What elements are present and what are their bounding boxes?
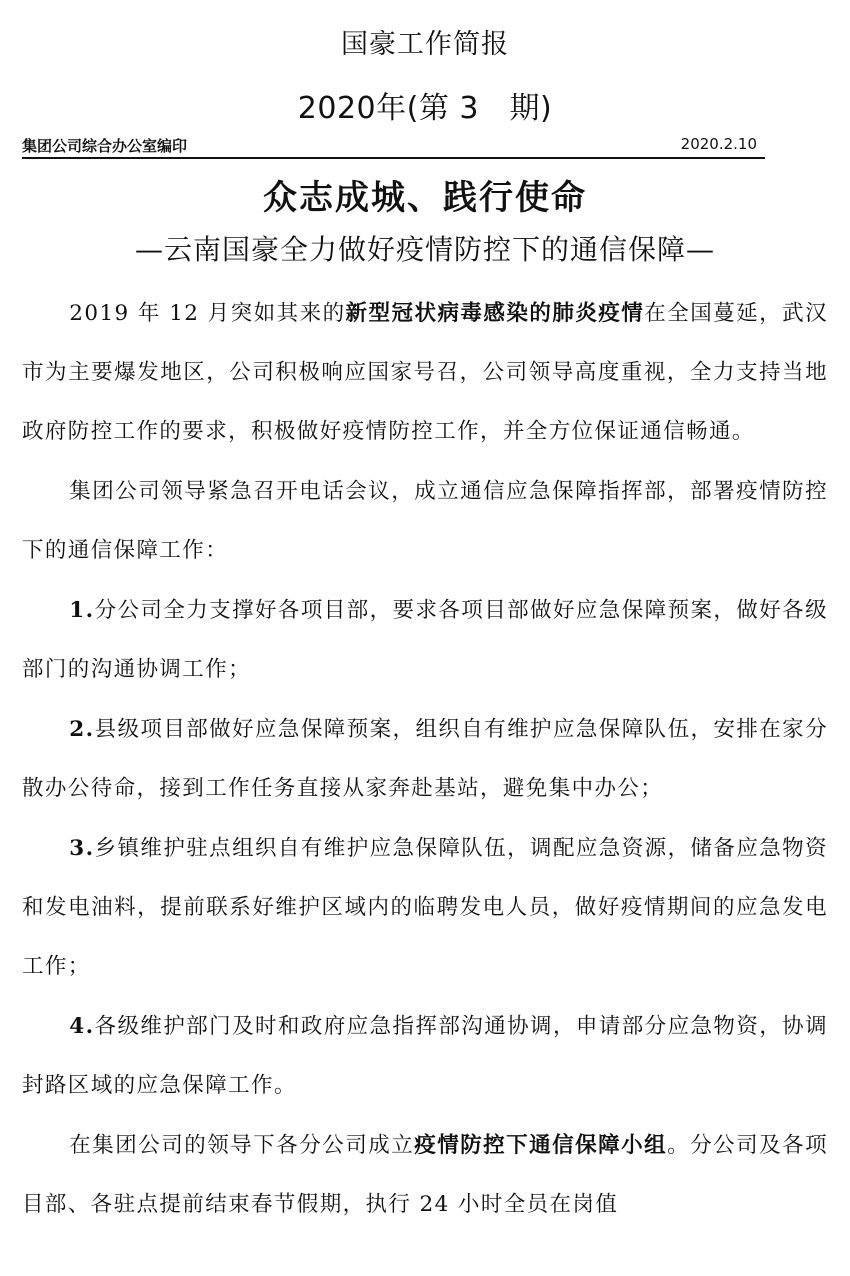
list-item: 3.乡镇维护驻点组织自有维护应急保障队伍，调配应急资源，储备应急物资和发电油料，… xyxy=(22,819,828,996)
list-item-text: 县级项目部做好应急保障预案，组织自有维护应急保障队伍，安排在家分散办公待命，接到… xyxy=(22,717,828,801)
list-number: 2. xyxy=(69,717,94,742)
list-item: 4.各级维护部门及时和政府应急指挥部沟通协调，申请部分应急物资，协调封路区域的应… xyxy=(22,997,828,1115)
publication-title: 国豪工作简报 xyxy=(0,22,850,61)
article-body: 2019 年 12 月突如其来的新型冠状病毒感染的肺炎疫情在全国蔓延，武汉市为主… xyxy=(22,284,828,1234)
list-item-text: 各级维护部门及时和政府应急指挥部沟通协调，申请部分应急物资，协调封路区域的应急保… xyxy=(22,1014,828,1098)
list-item: 2.县级项目部做好应急保障预案，组织自有维护应急保障队伍，安排在家分散办公待命，… xyxy=(22,700,828,818)
publisher: 集团公司综合办公室编印 xyxy=(22,135,187,156)
paragraph-meeting: 集团公司领导紧急召开电话会议，成立通信应急保障指挥部，部署疫情防控下的通信保障工… xyxy=(22,462,828,580)
emphasis-text: 新型冠状病毒感染的肺炎疫情 xyxy=(346,301,645,326)
publisher-row: 集团公司综合办公室编印 2020.2.10 xyxy=(22,135,765,159)
article-headline: 众志成城、践行使命 xyxy=(0,170,850,219)
paragraph-text: 在集团公司的领导下各分公司成立 xyxy=(69,1133,414,1158)
document-page: 国豪工作简报 2020年(第 3 期) 集团公司综合办公室编印 2020.2.1… xyxy=(0,0,850,1276)
issue-number: 2020年(第 3 期) xyxy=(0,83,850,127)
publish-date: 2020.2.10 xyxy=(681,135,757,153)
list-item: 1.分公司全力支撑好各项目部，要求各项目部做好应急保障预案，做好各级部门的沟通协… xyxy=(22,581,828,699)
emphasis-text: 疫情防控下通信保障小组 xyxy=(414,1133,667,1158)
paragraph-text: 2019 年 12 月突如其来的 xyxy=(69,301,345,326)
paragraph-text: 集团公司领导紧急召开电话会议，成立通信应急保障指挥部，部署疫情防控下的通信保障工… xyxy=(22,479,828,563)
paragraph-intro: 2019 年 12 月突如其来的新型冠状病毒感染的肺炎疫情在全国蔓延，武汉市为主… xyxy=(22,284,828,461)
list-number: 4. xyxy=(69,1014,94,1039)
list-item-text: 乡镇维护驻点组织自有维护应急保障队伍，调配应急资源，储备应急物资和发电油料，提前… xyxy=(22,836,828,979)
list-item-text: 分公司全力支撑好各项目部，要求各项目部做好应急保障预案，做好各级部门的沟通协调工… xyxy=(22,598,828,682)
paragraph-group: 在集团公司的领导下各分公司成立疫情防控下通信保障小组。分公司及各项目部、各驻点提… xyxy=(22,1116,828,1234)
article-subheadline: —云南国豪全力做好疫情防控下的通信保障— xyxy=(0,228,850,268)
list-number: 3. xyxy=(69,836,94,861)
list-number: 1. xyxy=(69,598,94,623)
